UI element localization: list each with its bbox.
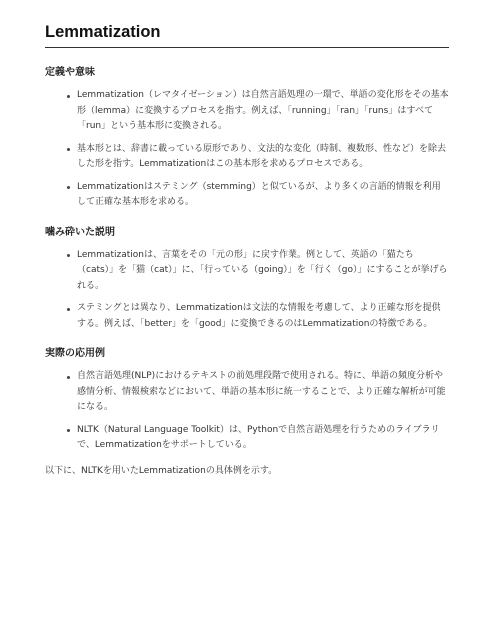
bullet-list: Lemmatizationは、言葉をその「元の形」に戻す作業。例として、英語の「…: [45, 248, 449, 333]
document-page: Lemmatization 定義や意味 Lemmatization（レマタイゼー…: [0, 0, 495, 479]
bullet-list: 自然言語処理(NLP)におけるテキストの前処理段階で使用される。特に、単語の頻度…: [45, 369, 449, 454]
closing-paragraph: 以下に、NLTKを用いたLemmatizationの具体例を示す。: [45, 464, 449, 479]
list-item: 基本形とは、辞書に載っている原形であり、文法的な変化（時制、複数形、性など）を除…: [77, 142, 449, 173]
list-item: Lemmatizationは、言葉をその「元の形」に戻す作業。例として、英語の「…: [77, 248, 449, 295]
list-item: Lemmatization（レマタイゼーション）は自然言語処理の一環で、単語の変…: [77, 88, 449, 135]
list-item: Lemmatizationはステミング（stemming）と似ているが、より多く…: [77, 180, 449, 211]
section-simple-explanation: 噛み砕いた説明 Lemmatizationは、言葉をその「元の形」に戻す作業。例…: [45, 226, 449, 333]
section-heading: 実際の応用例: [45, 347, 449, 361]
section-heading: 噛み砕いた説明: [45, 226, 449, 240]
page-title: Lemmatization: [45, 20, 449, 48]
list-item: ステミングとは異なり、Lemmatizationは文法的な情報を考慮して、より正…: [77, 301, 449, 332]
section-heading: 定義や意味: [45, 66, 449, 80]
section-applications: 実際の応用例 自然言語処理(NLP)におけるテキストの前処理段階で使用される。特…: [45, 347, 449, 454]
section-definition: 定義や意味 Lemmatization（レマタイゼーション）は自然言語処理の一環…: [45, 66, 449, 211]
list-item: 自然言語処理(NLP)におけるテキストの前処理段階で使用される。特に、単語の頻度…: [77, 369, 449, 416]
bullet-list: Lemmatization（レマタイゼーション）は自然言語処理の一環で、単語の変…: [45, 88, 449, 211]
list-item: NLTK（Natural Language Toolkit）は、Pythonで自…: [77, 423, 449, 454]
